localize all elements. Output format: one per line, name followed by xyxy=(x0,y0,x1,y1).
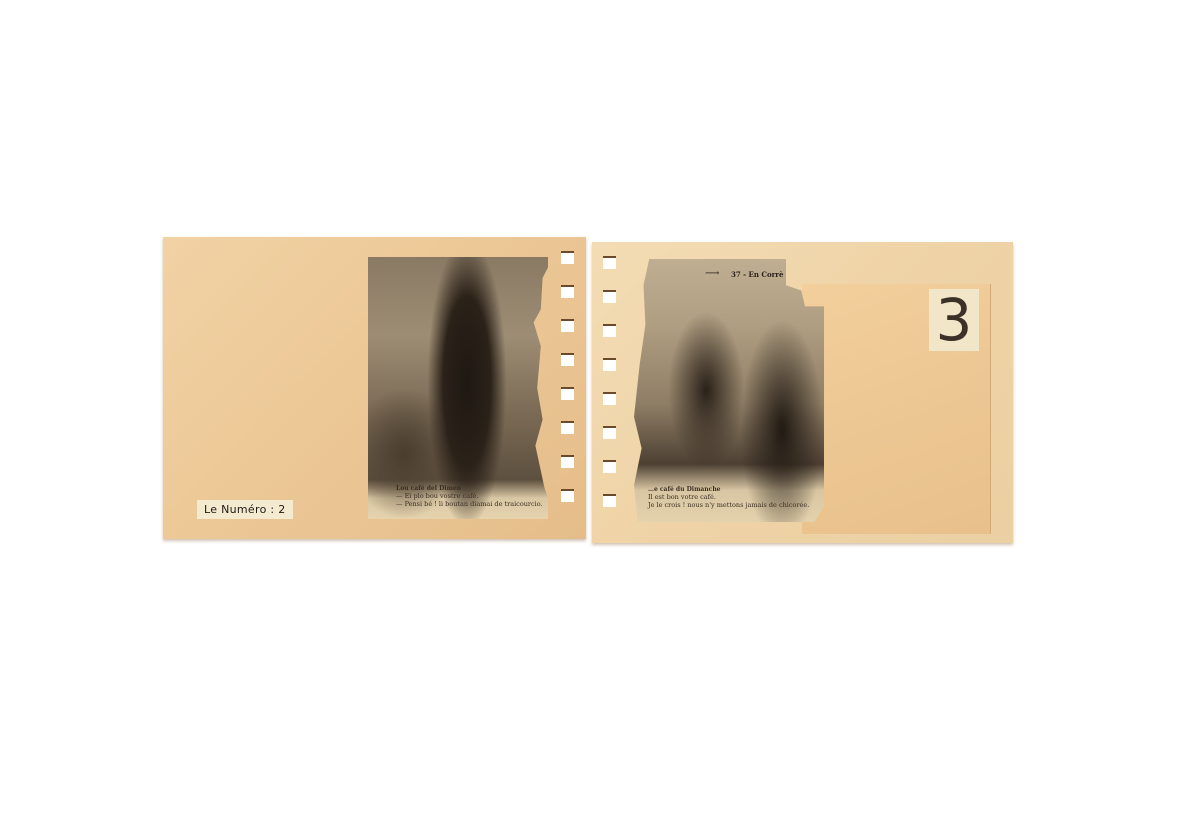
number-label: Le Numéro : 2 xyxy=(197,500,293,519)
postcard-photo-couple-at-table xyxy=(634,259,824,522)
perforation-hole xyxy=(561,251,574,264)
postcard-photo-man-standing xyxy=(368,257,548,519)
perforation-hole xyxy=(603,426,616,439)
perforation-hole xyxy=(561,455,574,468)
perforation-hole xyxy=(561,353,574,366)
fork-arrow-icon: ⟶ xyxy=(705,268,719,279)
perforation-hole xyxy=(603,290,616,303)
perforation-hole xyxy=(603,460,616,473)
perforation-hole xyxy=(603,256,616,269)
perforation-hole xyxy=(561,319,574,332)
postcard-line: — Ei plo bou vostre café. xyxy=(396,492,543,500)
postcard-series: 37 - En Corrè xyxy=(731,270,783,279)
postcard-line: — Pensi bé ! li boutan diamai de traicou… xyxy=(396,500,543,508)
postcard-line: Il est bon votre café. xyxy=(648,493,809,501)
postcard-line: Je le crois ! nous n'y mettons jamais de… xyxy=(648,501,809,509)
postcard-title: …e café du Dimanche xyxy=(648,486,809,493)
perforation-hole xyxy=(561,421,574,434)
left-page: Lou café del Dimen — Ei plo bou vostre c… xyxy=(163,237,586,539)
postcard-title: Lou café del Dimen xyxy=(396,485,543,492)
perforation-hole xyxy=(603,324,616,337)
page-number: 3 xyxy=(929,289,979,351)
perforation-hole xyxy=(561,387,574,400)
perforation-strip xyxy=(561,251,574,502)
perforation-hole xyxy=(561,489,574,502)
perforation-hole xyxy=(561,285,574,298)
perforation-strip xyxy=(603,256,616,507)
perforation-hole xyxy=(603,358,616,371)
perforation-hole xyxy=(603,494,616,507)
perforation-hole xyxy=(603,392,616,405)
